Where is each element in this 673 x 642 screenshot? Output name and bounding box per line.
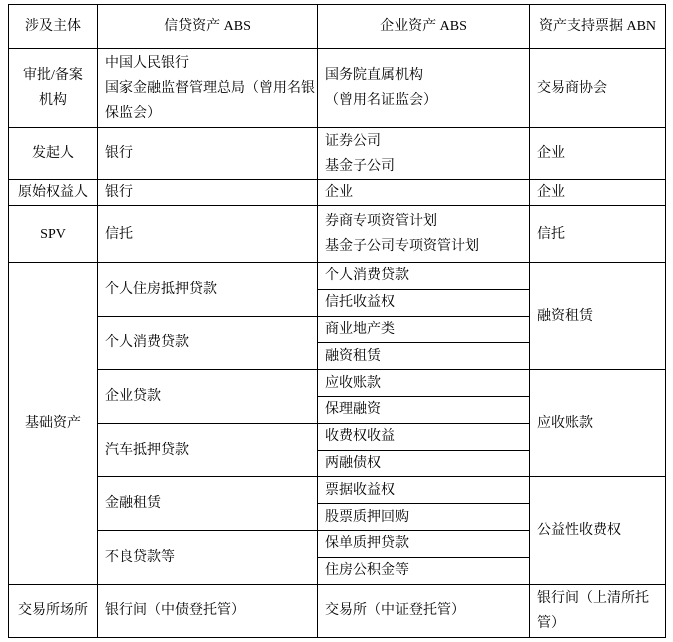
cell-underlying-label: 基础资产 — [9, 263, 98, 585]
cell-underlying-credit-group-4: 金融租赁 — [98, 477, 318, 531]
header-corporate-abs: 企业资产 ABS — [318, 5, 530, 49]
cell-underlying-corporate-item-3: 融资租赁 — [318, 343, 530, 370]
cell-underlying-credit-group-0: 个人住房抵押贷款 — [98, 263, 318, 317]
header-subject: 涉及主体 — [9, 5, 98, 49]
cell-venue-label: 交易所场所 — [9, 584, 98, 637]
cell-underlying-corporate-item-8: 票据收益权 — [318, 477, 530, 504]
cell-underlying-credit-group-2: 企业贷款 — [98, 370, 318, 424]
cell-underlying-abn-group-1: 应收账款 — [530, 370, 666, 477]
cell-originator-label: 原始权益人 — [9, 180, 98, 206]
row-venue: 交易所场所 银行间（中债登托管） 交易所（中证登托管） 银行间（上清所托管） — [9, 584, 666, 637]
cell-sponsor-label: 发起人 — [9, 128, 98, 180]
row-underlying-1: 基础资产 个人住房抵押贷款 个人消费贷款 融资租赁 — [9, 263, 666, 290]
abs-comparison-table: 涉及主体 信贷资产 ABS 企业资产 ABS 资产支持票据 ABN 审批/备案 … — [8, 4, 666, 638]
header-abn: 资产支持票据 ABN — [530, 5, 666, 49]
cell-approval-corporate: 国务院直属机构 （曾用名证监会） — [318, 49, 530, 128]
header-credit-abs: 信贷资产 ABS — [98, 5, 318, 49]
cell-underlying-corporate-item-7: 两融债权 — [318, 450, 530, 477]
cell-underlying-corporate-item-5: 保理融资 — [318, 396, 530, 423]
header-row: 涉及主体 信贷资产 ABS 企业资产 ABS 资产支持票据 ABN — [9, 5, 666, 49]
row-sponsor: 发起人 银行 证券公司 基金子公司 企业 — [9, 128, 666, 180]
cell-sponsor-abn: 企业 — [530, 128, 666, 180]
cell-underlying-corporate-item-11: 住房公积金等 — [318, 557, 530, 584]
cell-underlying-credit-group-3: 汽车抵押贷款 — [98, 423, 318, 477]
cell-approval-label: 审批/备案 机构 — [9, 49, 98, 128]
cell-underlying-credit-group-5: 不良贷款等 — [98, 530, 318, 584]
cell-spv-credit: 信托 — [98, 206, 318, 263]
row-underlying-5: 企业贷款 应收账款 应收账款 — [9, 370, 666, 397]
cell-spv-label: SPV — [9, 206, 98, 263]
row-spv: SPV 信托 券商专项资管计划 基金子公司专项资管计划 信托 — [9, 206, 666, 263]
cell-approval-credit: 中国人民银行 国家金融监督管理总局（曾用名银保监会） — [98, 49, 318, 128]
cell-originator-corporate: 企业 — [318, 180, 530, 206]
cell-venue-abn: 银行间（上清所托管） — [530, 584, 666, 637]
cell-spv-corporate: 券商专项资管计划 基金子公司专项资管计划 — [318, 206, 530, 263]
cell-spv-abn: 信托 — [530, 206, 666, 263]
cell-approval-abn: 交易商协会 — [530, 49, 666, 128]
cell-underlying-corporate-item-4: 应收账款 — [318, 370, 530, 397]
cell-originator-credit: 银行 — [98, 180, 318, 206]
row-originator: 原始权益人 银行 企业 企业 — [9, 180, 666, 206]
cell-underlying-corporate-item-2: 商业地产类 — [318, 316, 530, 343]
cell-underlying-corporate-item-10: 保单质押贷款 — [318, 530, 530, 557]
cell-venue-credit: 银行间（中债登托管） — [98, 584, 318, 637]
cell-venue-corporate: 交易所（中证登托管） — [318, 584, 530, 637]
cell-underlying-corporate-item-6: 收费权收益 — [318, 423, 530, 450]
row-underlying-9: 金融租赁 票据收益权 公益性收费权 — [9, 477, 666, 504]
cell-sponsor-credit: 银行 — [98, 128, 318, 180]
cell-underlying-credit-group-1: 个人消费贷款 — [98, 316, 318, 370]
cell-underlying-corporate-item-0: 个人消费贷款 — [318, 263, 530, 290]
cell-originator-abn: 企业 — [530, 180, 666, 206]
cell-underlying-corporate-item-9: 股票质押回购 — [318, 504, 530, 531]
cell-underlying-abn-group-2: 公益性收费权 — [530, 477, 666, 584]
cell-underlying-corporate-item-1: 信托收益权 — [318, 289, 530, 316]
cell-sponsor-corporate: 证券公司 基金子公司 — [318, 128, 530, 180]
cell-underlying-abn-group-0: 融资租赁 — [530, 263, 666, 370]
row-approval: 审批/备案 机构 中国人民银行 国家金融监督管理总局（曾用名银保监会） 国务院直… — [9, 49, 666, 128]
